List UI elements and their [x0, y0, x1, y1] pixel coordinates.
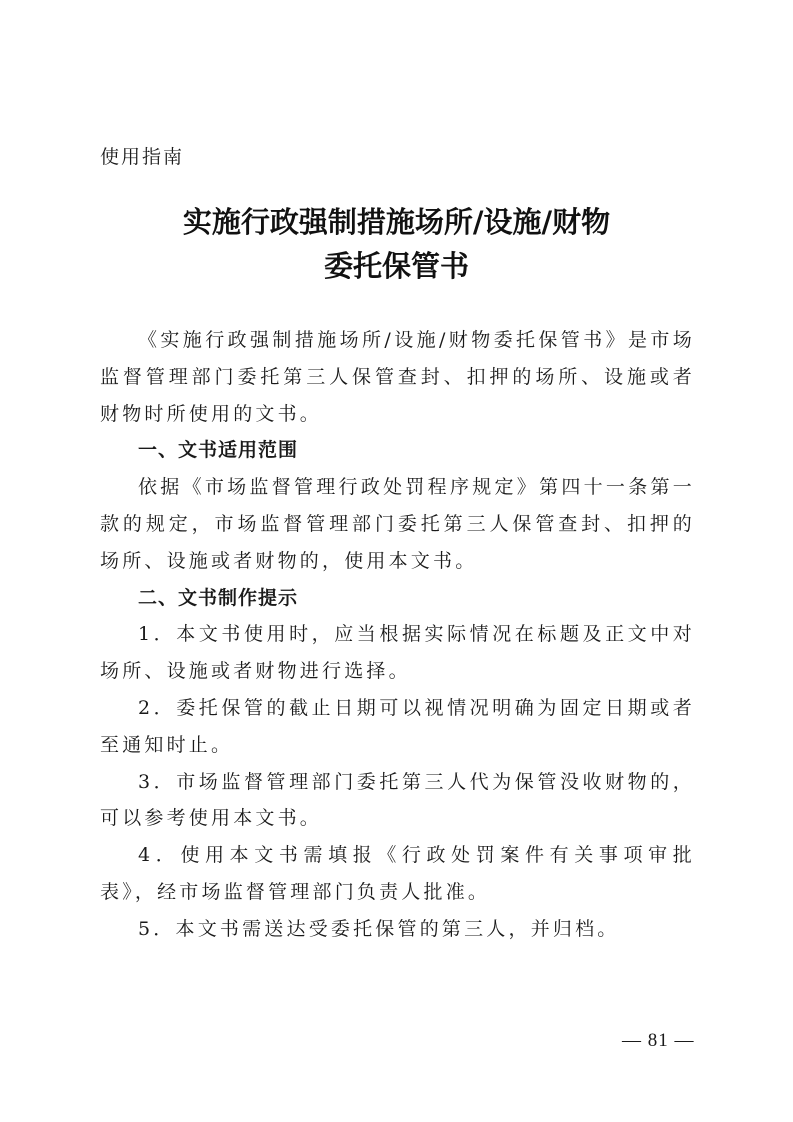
document-body: 《实施行政强制措施场所/设施/财物委托保管书》是市场监督管理部门委托第三人保管查…	[100, 322, 695, 948]
tip-item-5: 5．本文书需送达受委托保管的第三人，并归档。	[100, 911, 695, 948]
document-title-line-1: 实施行政强制措施场所/设施/财物	[0, 200, 793, 241]
intro-paragraph: 《实施行政强制措施场所/设施/财物委托保管书》是市场监督管理部门委托第三人保管查…	[100, 322, 695, 432]
tip-item-3: 3．市场监督管理部门委托第三人代为保管没收财物的，可以参考使用本文书。	[100, 764, 695, 838]
document-page: 使用指南 实施行政强制措施场所/设施/财物 委托保管书 《实施行政强制措施场所/…	[0, 0, 793, 1122]
document-title-line-2: 委托保管书	[0, 244, 793, 285]
scope-paragraph: 依据《市场监督管理行政处罚程序规定》第四十一条第一款的规定，市场监督管理部门委托…	[100, 469, 695, 579]
tip-item-1: 1．本文书使用时，应当根据实际情况在标题及正文中对场所、设施或者财物进行选择。	[100, 616, 695, 690]
tip-item-4: 4．使用本文书需填报《行政处罚案件有关事项审批表》，经市场监督管理部门负责人批准…	[100, 837, 695, 911]
guide-label: 使用指南	[100, 142, 184, 169]
section-heading-scope: 一、文书适用范围	[100, 432, 695, 469]
page-number: — 81 —	[622, 1030, 695, 1052]
tip-item-2: 2．委托保管的截止日期可以视情况明确为固定日期或者至通知时止。	[100, 690, 695, 764]
section-heading-tips: 二、文书制作提示	[100, 580, 695, 617]
